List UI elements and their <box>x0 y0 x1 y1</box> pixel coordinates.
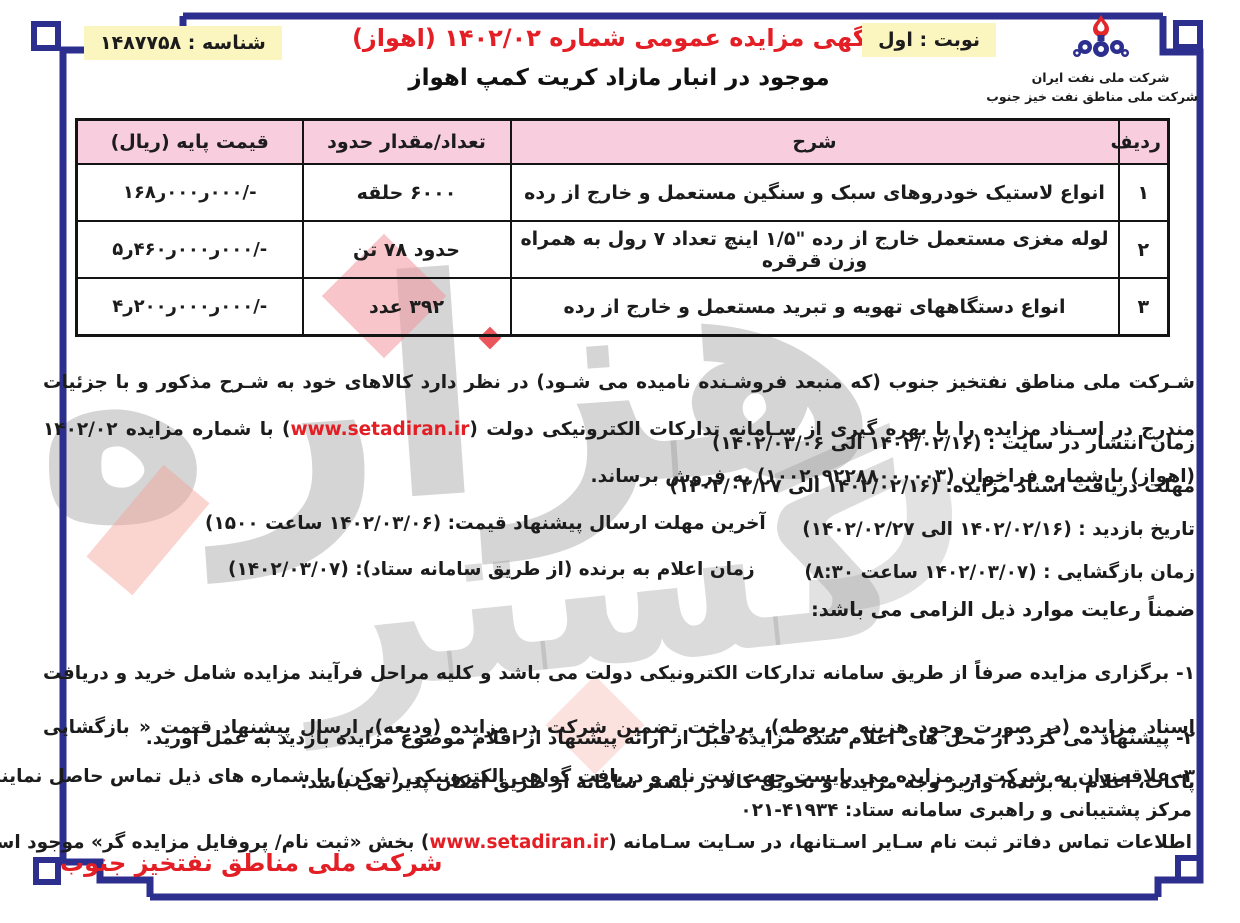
item-quantity: حدود ۷۸ تن <box>303 221 511 278</box>
header-titles: آگهی مزایده عمومی شماره ۱۴۰۲/۰۲ (اهواز) … <box>363 24 875 91</box>
company-name-line1: شرکت ملی نفت ایران <box>1003 68 1198 87</box>
document-receive-deadline: مهلت دریافت اسناد مزایده: (۱۴۰۲/۰۲/۱۶ ال… <box>669 476 1195 497</box>
notes-heading: ضمناً رعایت موارد ذیل الزامی می باشد: <box>811 598 1195 621</box>
publish-dates: زمان انتشار در سایت : (۱۴۰۲/۰۲/۱۶ الی ۱۴… <box>712 433 1195 454</box>
item-quantity: ۳۹۲ عدد <box>303 278 511 336</box>
row-number: ۲ <box>1119 221 1169 278</box>
table-row: ۳ انواع دستگاههای تهویه و تبرید مستعمل و… <box>77 278 1169 336</box>
items-table-wrap: ردیف شرح تعداد/مقدار حدود قیمت پایه (ریا… <box>78 118 1170 337</box>
col-header-quantity: تعداد/مقدار حدود <box>303 120 511 165</box>
item-description: انواع دستگاههای تهویه و تبرید مستعمل و خ… <box>511 278 1119 336</box>
item-base-price: ۱۶۸ر۰۰۰ر۰۰۰/- <box>77 164 303 221</box>
nioc-logo-icon <box>1071 14 1131 64</box>
note-item-2: ۲- پیشنهاد می گردد از محل های اعلام شده … <box>146 728 1195 749</box>
auction-subtitle: موجود در انبار مازاد کریت کمپ اهواز <box>363 65 875 91</box>
winner-announcement-time: زمان اعلام به برنده (از طریق سامانه ستاد… <box>228 559 755 580</box>
visit-dates: تاریخ بازدید : (۱۴۰۲/۰۲/۱۶ الی ۱۴۰۲/۰۲/۲… <box>802 519 1195 540</box>
last-offer-deadline: آخرین مهلت ارسال پیشنهاد قیمت: (۱۴۰۲/۰۳/… <box>205 513 766 534</box>
round-badge: نوبت : اول <box>862 23 996 57</box>
note-item-3: ۳- علاقمندان به شرکت در مزایده می بایست … <box>0 766 1195 787</box>
footer-company-name: شرکت ملی مناطق نفتخیز جنوب <box>60 849 443 877</box>
auction-title: آگهی مزایده عمومی شماره ۱۴۰۲/۰۲ (اهواز) <box>363 24 875 52</box>
opening-time: زمان بازگشایی : (۱۴۰۲/۰۳/۰۷ ساعت ۸:۳۰) <box>804 562 1195 583</box>
setadiran-url: www.setadiran.ir <box>429 832 608 853</box>
id-badge: شناسه : ۱۴۸۷۷۵۸ <box>84 26 282 60</box>
item-quantity: ۶۰۰۰ حلقه <box>303 164 511 221</box>
info-text-1: اطلاعات تماس دفاتر ثبت نام سـایر اسـتانه… <box>608 832 1192 853</box>
dates-section: زمان انتشار در سایت : (۱۴۰۲/۰۲/۱۶ الی ۱۴… <box>0 433 1240 605</box>
item-description: لوله مغزی مستعمل خارج از رده "۱/۵ اینچ ت… <box>511 221 1119 278</box>
table-row: ۲ لوله مغزی مستعمل خارج از رده "۱/۵ اینچ… <box>77 221 1169 278</box>
col-header-row-number: ردیف <box>1119 120 1169 165</box>
company-header: شرکت ملی نفت ایران شرکت ملی مناطق نفت خی… <box>1003 14 1198 107</box>
row-number: ۳ <box>1119 278 1169 336</box>
table-header-row: ردیف شرح تعداد/مقدار حدود قیمت پایه (ریا… <box>77 120 1169 165</box>
item-description: انواع لاستیک خودروهای سبک و سنگین مستعمل… <box>511 164 1119 221</box>
col-header-description: شرح <box>511 120 1119 165</box>
items-table: ردیف شرح تعداد/مقدار حدود قیمت پایه (ریا… <box>75 118 1170 337</box>
item-base-price: ۵ر۴۶۰ر۰۰۰ر۰۰۰/- <box>77 221 303 278</box>
item-base-price: ۴ر۲۰۰ر۰۰۰ر۰۰۰/- <box>77 278 303 336</box>
row-number: ۱ <box>1119 164 1169 221</box>
table-row: ۱ انواع لاستیک خودروهای سبک و سنگین مستع… <box>77 164 1169 221</box>
company-name-line2: شرکت ملی مناطق نفت خیز جنوب <box>1003 87 1198 106</box>
support-phone-line: مرکز پشتیبانی و راهبری سامانه ستاد: ۴۱۹۳… <box>740 800 1192 821</box>
col-header-base-price: قیمت پایه (ریال) <box>77 120 303 165</box>
